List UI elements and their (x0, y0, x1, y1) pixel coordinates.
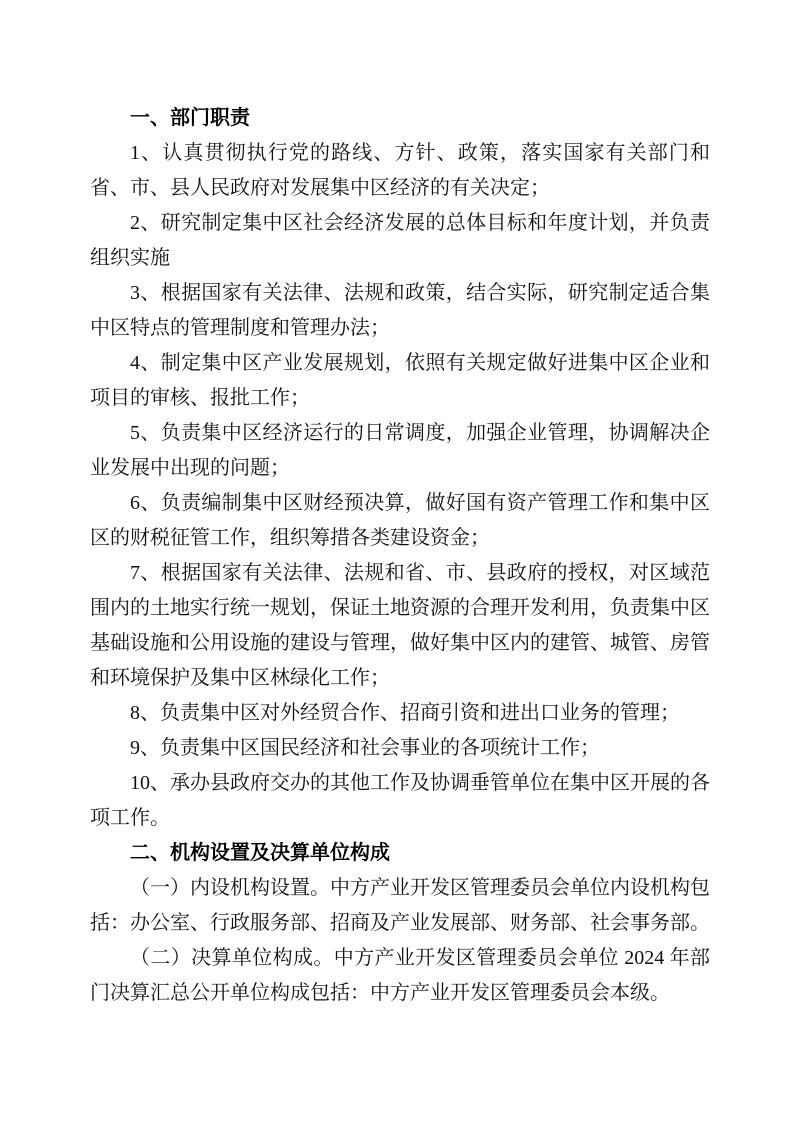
duty-item-1: 1、认真贯彻执行党的路线、方针、政策，落实国家有关部门和省、市、县人民政府对发展… (90, 136, 710, 206)
document-page: 一、部门职责 1、认真贯彻执行党的路线、方针、政策，落实国家有关部门和省、市、县… (0, 0, 793, 1122)
duty-item-7: 7、根据国家有关法律、法规和省、市、县政府的授权，对区域范围内的土地实行统一规划… (90, 556, 710, 696)
org-item-final-accounts-units: （二）决算单位构成。中方产业开发区管理委员会单位 2024 年部门决算汇总公开单… (90, 941, 710, 1011)
section-heading-organization: 二、机构设置及决算单位构成 (90, 836, 710, 871)
section-heading-duties: 一、部门职责 (90, 101, 710, 136)
org-item-internal-structure: （一）内设机构设置。中方产业开发区管理委员会单位内设机构包括：办公室、行政服务部… (90, 871, 710, 941)
duty-item-4: 4、制定集中区产业发展规划，依照有关规定做好进集中区企业和项目的审核、报批工作； (90, 346, 710, 416)
duty-item-10: 10、承办县政府交办的其他工作及协调垂管单位在集中区开展的各项工作。 (90, 766, 710, 836)
duty-item-6: 6、负责编制集中区财经预决算，做好国有资产管理工作和集中区区的财税征管工作，组织… (90, 486, 710, 556)
duty-item-5: 5、负责集中区经济运行的日常调度，加强企业管理，协调解决企业发展中出现的问题； (90, 416, 710, 486)
duty-item-3: 3、根据国家有关法律、法规和政策，结合实际，研究制定适合集中区特点的管理制度和管… (90, 276, 710, 346)
duty-item-8: 8、负责集中区对外经贸合作、招商引资和进出口业务的管理； (90, 696, 710, 731)
duty-item-9: 9、负责集中区国民经济和社会事业的各项统计工作； (90, 731, 710, 766)
duty-item-2: 2、研究制定集中区社会经济发展的总体目标和年度计划，并负责组织实施 (90, 206, 710, 276)
